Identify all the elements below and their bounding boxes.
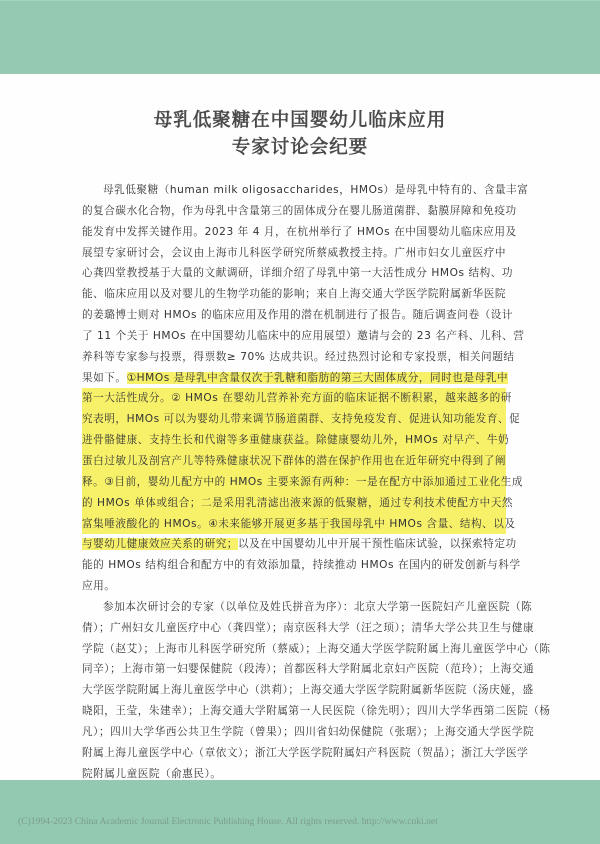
body-line: 养科等专家参与投票，得票数≥ 70% 达成共识。经过热烈讨论和专家投票，相关问题… xyxy=(82,347,506,368)
highlighted-line: 蛋白过敏儿及剖宫产儿等特殊健康状况下群体的潜在保护作用也在近年研究中得到了阐 xyxy=(82,451,506,472)
highlighted-text: 第一大活性成分。② HMOs 在婴幼儿营养补充方面的临床证据不断积累，越来越多的… xyxy=(82,388,506,409)
body-line: 展望专家研讨会，会议由上海市儿科医学研究所蔡威教授主持。广州市妇女儿童医疗中 xyxy=(82,243,506,264)
highlighted-line: 富集唾液酸化的 HMOs。④未来能够开展更多基于我国母乳中 HMOs 含量、结构… xyxy=(82,514,506,535)
body-line: 同辛）；上海市第一妇婴保健院（段涛）；首都医科大学附属北京妇产医院（范玲）；上海… xyxy=(82,659,506,680)
body-line: 附属上海儿童医学中心（章依文）；浙江大学医学院附属妇产科医院（贺晶）；浙江大学医… xyxy=(82,743,506,764)
body-line: 能的 HMOs 结构组合和配方中的有效添加量，持续推动 HMOs 在国内的研发创… xyxy=(82,555,506,576)
top-color-band xyxy=(0,0,600,74)
body-line: 的姜璐博士则对 HMOs 的临床应用及作用的潜在机制进行了报告。随后调查问卷（设… xyxy=(82,305,506,326)
bottom-color-band xyxy=(0,780,600,844)
body-line: 学院（赵艾）；上海市儿科医学研究所（蔡威）；上海交通大学医学院附属上海儿童医学中… xyxy=(82,639,506,660)
highlighted-text: 进骨骼健康、支持生长和代谢等多重健康获益。除健康婴幼儿外，HMOs 对早产、牛奶 xyxy=(82,430,506,451)
highlighted-line: 究表明，HMOs 可以为婴幼儿带来调节肠道菌群、支持免疫发育、促进认知功能发育、… xyxy=(82,409,506,430)
body-line: 的复合碳水化合物，作为母乳中含量第三的固体成分在婴儿肠道菌群、黏膜屏障和免疫功 xyxy=(82,201,506,222)
highlighted-text: 富集唾液酸化的 HMOs。④未来能够开展更多基于我国母乳中 HMOs 含量、结构… xyxy=(82,514,506,535)
body-text-plain: 果如下。 xyxy=(82,372,127,384)
highlighted-text: 究表明，HMOs 可以为婴幼儿带来调节肠道菌群、支持免疫发育、促进认知功能发育、… xyxy=(82,409,506,430)
highlighted-line: 进骨骼健康、支持生长和代谢等多重健康获益。除健康婴幼儿外，HMOs 对早产、牛奶 xyxy=(82,430,506,451)
article-title-line-2: 专家讨论会纪要 xyxy=(0,133,600,159)
body-line: 母乳低聚糖（human milk oligosaccharides，HMOs）是… xyxy=(82,180,506,201)
body-line: 了 11 个关于 HMOs 在中国婴幼儿临床中的应用展望）邀请与会的 23 名产… xyxy=(82,326,506,347)
highlighted-text: 释。③目前，婴幼儿配方中的 HMOs 主要来源有两种：一是在配方中添加通过工业化… xyxy=(82,472,506,493)
body-line: 与婴幼儿健康效应关系的研究；以及在中国婴幼儿中开展干预性临床试验，以探索特定功 xyxy=(82,534,506,555)
body-line: 凡）；四川大学华西公共卫生学院（曾果）；四川省妇幼保健院（张琚）；上海交通大学医… xyxy=(82,722,506,743)
copyright-notice: (C)1994-2023 China Academic Journal Elec… xyxy=(18,816,438,827)
body-line: 果如下。①HMOs 是母乳中含量仅次于乳糖和脂肪的第三大固体成分，同时也是母乳中 xyxy=(82,368,506,389)
body-line: 晓阳，王莹，朱建幸）；上海交通大学附属第一人民医院（徐先明）；四川大学华西第二医… xyxy=(82,701,506,722)
body-line: 应用。 xyxy=(82,576,506,597)
highlighted-line: 第一大活性成分。② HMOs 在婴幼儿营养补充方面的临床证据不断积累，越来越多的… xyxy=(82,388,506,409)
body-line: 能发育中发挥关键作用。2023 年 4 月，在杭州举行了 HMOs 在中国婴幼儿… xyxy=(82,222,506,243)
body-line: 能、临床应用以及对婴儿的生物学功能的影响；来自上海交通大学医学院附属新华医院 xyxy=(82,284,506,305)
body-line: 大学医学院附属上海儿童医学中心（洪莉）；上海交通大学医学院附属新华医院（汤庆娅，… xyxy=(82,680,506,701)
article-body: 母乳低聚糖（human milk oligosaccharides，HMOs）是… xyxy=(82,180,506,784)
highlighted-text: 的 HMOs 单体或组合；二是采用乳清滤出液来源的低聚糖，通过专利技术使配方中天… xyxy=(82,493,506,514)
body-line: 心龚四堂教授基于大量的文献调研，详细介绍了母乳中第一大活性成分 HMOs 结构、… xyxy=(82,263,506,284)
highlighted-text: 与婴幼儿健康效应关系的研究； xyxy=(82,538,238,550)
body-text-plain: 以及在中国婴幼儿中开展干预性临床试验，以探索特定功 xyxy=(238,538,517,550)
highlighted-line: 的 HMOs 单体或组合；二是采用乳清滤出液来源的低聚糖，通过专利技术使配方中天… xyxy=(82,493,506,514)
highlighted-text: ①HMOs 是母乳中含量仅次于乳糖和脂肪的第三大固体成分，同时也是母乳中 xyxy=(127,372,508,384)
article-title-line-1: 母乳低聚糖在中国婴幼儿临床应用 xyxy=(0,106,600,132)
highlighted-text: 蛋白过敏儿及剖宫产儿等特殊健康状况下群体的潜在保护作用也在近年研究中得到了阐 xyxy=(82,451,506,472)
body-line: 参加本次研讨会的专家（以单位及姓氏拼音为序）：北京大学第一医院妇产儿童医院（陈 xyxy=(82,597,506,618)
body-line: 倩）；广州妇女儿童医疗中心（龚四堂）；南京医科大学（汪之顼）；清华大学公共卫生与… xyxy=(82,618,506,639)
highlighted-line: 释。③目前，婴幼儿配方中的 HMOs 主要来源有两种：一是在配方中添加通过工业化… xyxy=(82,472,506,493)
